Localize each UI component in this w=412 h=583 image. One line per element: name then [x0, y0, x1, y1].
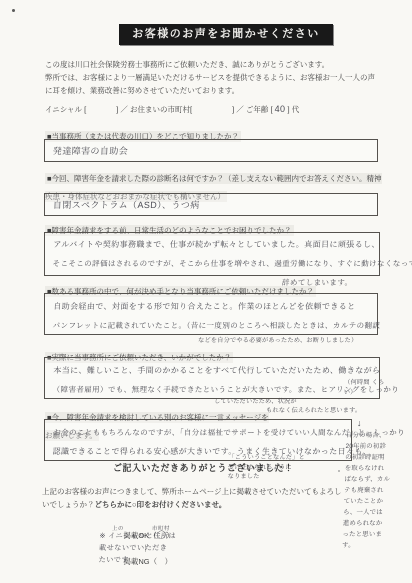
margin-note-arrow: ↓: [357, 418, 362, 428]
answer-box-2: 自閉スペクトラム（ASD）、うつ病: [44, 193, 378, 216]
answer-3-line-1: アルバイトや契約事務職まで、仕事が続かず転々としていました。真面目に頑張るし、: [53, 235, 380, 254]
answer-3-line-2: そこそこの評価はされるのですが、そこから仕事を増やされ、過重労働になり、すぐに動…: [52, 254, 379, 273]
answer-4-line-2: パンフレットに記載されていたこと。（昔に一度別のところへ相談したときは、カルテの…: [52, 316, 377, 335]
consent-question: 上記のお客様のお声につきまして、弊所ホームページ上に掲載させていただいてもよろし…: [42, 485, 346, 511]
scan-speck: [12, 9, 15, 12]
answer-1: 発達障害の自助会: [45, 140, 378, 157]
thanks-message: ご記入いただきありがとうございました！: [113, 461, 294, 474]
margin-note: 自分の場合、20年前の初診の初診時証明を取らなければならず、カルテも廃棄されてい…: [342, 430, 392, 551]
scanned-feedback-form: お客様のお声をお聞かせください この度は川口社会保険労務士事務所にご依頼いただき…: [0, 0, 412, 583]
initial-label: イニシャル [: [45, 105, 86, 114]
separator: ／: [120, 105, 128, 114]
city-label: お住まいの市町村[: [130, 105, 192, 114]
answer-box-1: 発達障害の自助会: [44, 139, 378, 162]
answer-6-line-2: 認識できることで得られる安心感が大きいです。うまく生きていけなかった日々も、: [52, 442, 351, 461]
age-label: ご年齢 [: [246, 105, 273, 114]
consent-question-bold: どちらかに○印をお付けくださいませ。: [95, 500, 227, 509]
intro-line-2: 弊所では、お客様により一層満足いただけるサービスを提供できるように、お客様お一人…: [45, 71, 379, 97]
answer-4-overflow: などを自分でやる必要があったため、お断りしました）: [198, 336, 358, 346]
initial-bracket: ]: [116, 105, 118, 114]
answer-box-4: 自助会経由で、対面をする形で知り合えたこと。作業のほとんどを依頼できると パンフ…: [44, 293, 378, 335]
age-value-handwritten: 40: [275, 104, 286, 114]
answer-6-line-1: お金のことももちろんなのですが、「自分は福祉でサポートを受けていい人間なんだ」と…: [53, 423, 352, 442]
answer-4-line-1: 自助会経由で、対面をする形で知り合えたこと。作業のほとんどを依頼できると: [53, 297, 378, 316]
answer-2: 自閉スペクトラム（ASD）、うつ病: [45, 194, 378, 211]
intro-line-1: この度は川口社会保険労務士事務所にご依頼いただき、誠にありがとうございます。: [45, 58, 379, 71]
city-bracket: ]: [232, 105, 234, 114]
privacy-request-note: ※ イニシャルと住所は 載せないでいただき たいです: [98, 530, 176, 566]
separator: ／: [236, 105, 244, 114]
answer-box-3: アルバイトや契約事務職まで、仕事が続かず転々としていました。真面目に頑張るし、 …: [44, 232, 380, 276]
answer-5-side-note: （何時間 くらい）: [344, 378, 387, 397]
page-title: お客様のお声をお聞かせください: [119, 24, 333, 45]
scan-speck: [338, 470, 340, 472]
answer-5-continuation: もれなく伝えられたと思います。: [266, 406, 362, 416]
age-suffix: ] 代: [288, 105, 300, 114]
answer-box-5: 本当に、難しいこと、手間のかかることをすべて代行していただいたため、働きながら …: [44, 357, 380, 399]
answer-box-6: お金のことももちろんなのですが、「自分は福祉でサポートを受けていい人間なんだ」と…: [44, 419, 352, 461]
intro-paragraph: この度は川口社会保険労務士事務所にご依頼いただき、誠にありがとうございます。 弊…: [45, 58, 379, 97]
answer-5-line-1: 本当に、難しいこと、手間のかかることをすべて代行していただいたため、働きながら: [53, 361, 380, 380]
profile-row: イニシャル [] ／ お住まいの市町村[] ／ ご年齢 [ 40 ] 代: [45, 103, 385, 116]
